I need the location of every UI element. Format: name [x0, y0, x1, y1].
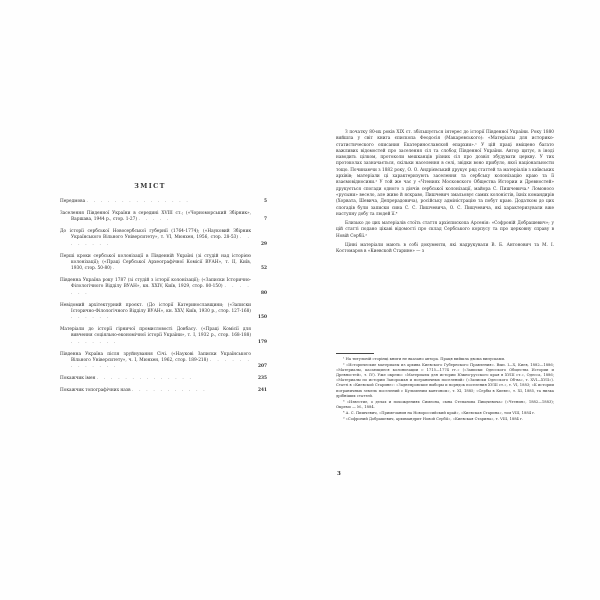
- toc-entry-page: 150: [258, 315, 267, 321]
- toc-entry-page: 5: [264, 199, 267, 205]
- footnote-divider: [336, 353, 374, 354]
- toc-entry-title: Передмова: [60, 199, 85, 204]
- table-of-contents: Передмова . . . . . . . . . . . . . . .5…: [60, 199, 267, 400]
- footnote: ¹ На титульній сторінці книги не вказано…: [336, 357, 554, 362]
- left-page: ЗМІСТ Передмова . . . . . . . . . . . . …: [0, 0, 300, 600]
- toc-entry: Покажчик імен . . . . . . . . . . . . . …: [60, 376, 267, 382]
- toc-entry: До історії сербської Новосербської губер…: [60, 229, 267, 248]
- toc-entry-title: Покажчик топографічних назв: [60, 388, 131, 393]
- footnote: ⁵ «Софроний Добрашевич, архимандрит Ново…: [336, 417, 554, 422]
- toc-entry-page: 29: [261, 242, 267, 248]
- footnotes: ¹ На титульній сторінці книги не вказано…: [336, 357, 554, 423]
- toc-entry-page: 241: [258, 388, 267, 394]
- toc-entry: Заселення Південної України в середині X…: [60, 211, 267, 224]
- toc-entry-page: 235: [258, 376, 267, 382]
- footnote: ³ «Известие, о делах и похождениях Симео…: [336, 400, 554, 410]
- page-number: 3: [337, 471, 341, 477]
- toc-entry-title: До історії сербської Новосербської губер…: [60, 229, 251, 240]
- paragraph: Близько до цих матеріалів стоїть стаття …: [336, 221, 554, 240]
- toc-entry: Передмова . . . . . . . . . . . . . . .5: [60, 199, 267, 205]
- toc-entry: Південна Україна після зруйнування Січі.…: [60, 352, 267, 371]
- footnote: ² «Исторические материалы из архива Киев…: [336, 363, 554, 399]
- toc-entry-title: Невідомий архітектурний проєкт. (До істо…: [60, 303, 251, 314]
- toc-entry-title: Перші кроки сербської колонізації в Півд…: [60, 254, 251, 272]
- right-page: З початку 80-их років XIX ст. збільшуєть…: [300, 0, 600, 600]
- toc-entry-page: 80: [261, 291, 267, 297]
- toc-entry: Покажчик топографічних назв . . . . . . …: [60, 388, 267, 394]
- toc-entry-page: 207: [258, 364, 267, 370]
- toc-entry-page: 52: [261, 266, 267, 272]
- paragraph: З початку 80-их років XIX ст. збільшуєть…: [336, 130, 554, 218]
- toc-entry-title: Матеріали до історії гірничої промислово…: [60, 327, 251, 338]
- toc-entry: Південна Україна року 1787 (зі студій з …: [60, 278, 267, 297]
- toc-entry-title: Південна Україна року 1787 (зі студій з …: [60, 278, 251, 289]
- toc-title: ЗМІСТ: [0, 182, 300, 190]
- toc-entry-page: 179: [258, 340, 267, 346]
- toc-entry-page: 7: [264, 217, 267, 223]
- paragraph: Цінні матеріали мають в собі документи, …: [336, 243, 554, 256]
- toc-entry: Невідомий архітектурний проєкт. (До істо…: [60, 303, 267, 322]
- toc-entry-title: Покажчик імен: [60, 376, 95, 381]
- footnote: ⁴ А. С. Пишчевич, «Примечания на Новорос…: [336, 411, 554, 416]
- toc-entry: Перші кроки сербської колонізації в Півд…: [60, 254, 267, 273]
- toc-entry: Матеріали до історії гірничої промислово…: [60, 327, 267, 346]
- body-text: З початку 80-их років XIX ст. збільшуєть…: [336, 130, 554, 259]
- book-spread: ЗМІСТ Передмова . . . . . . . . . . . . …: [0, 0, 600, 600]
